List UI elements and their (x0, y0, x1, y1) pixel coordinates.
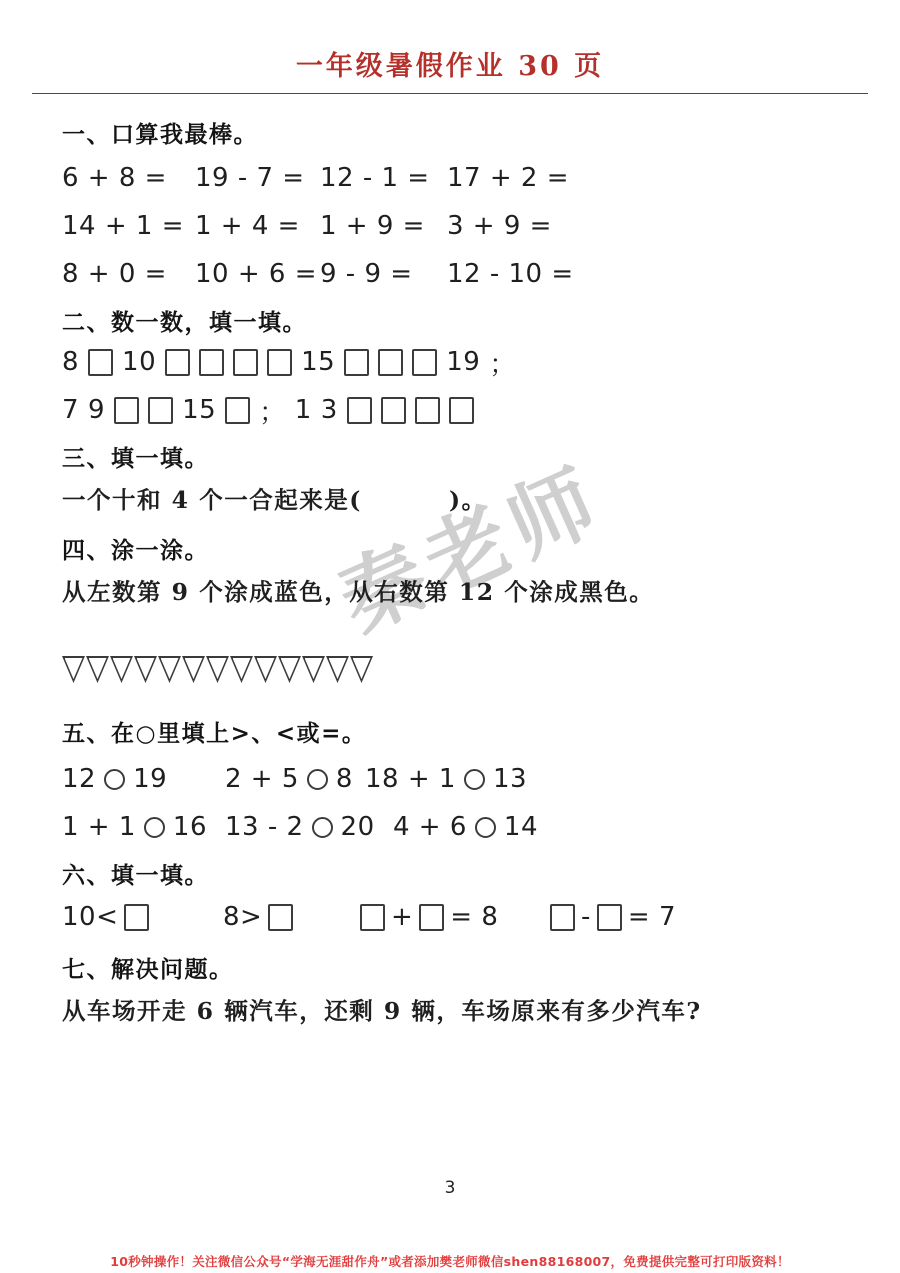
header-divider (32, 93, 868, 94)
oral-calc-grid: 6 + 8 = 19 - 7 = 12 - 1 = 17 + 2 = 14 + … (62, 154, 860, 298)
compare-expression: 1219 (62, 764, 225, 794)
oral-calc-problem: 6 + 8 = (62, 163, 195, 193)
section-4-heading: 四、涂一涂。 (62, 536, 860, 566)
token-text: - (581, 902, 591, 932)
answer-box (419, 904, 444, 931)
worksheet-page: 秦老师 一年级暑假作业 30 页 一、口算我最棒。 6 + 8 = 19 - 7… (0, 0, 900, 1273)
token-text: ； (489, 344, 516, 381)
token-text: 15 (182, 395, 216, 425)
triangle-shape (158, 656, 181, 683)
token-text: 20 (341, 812, 375, 842)
token-text: 8 (336, 764, 353, 794)
oral-calc-problem: 14 + 1 = (62, 211, 195, 241)
oral-calc-problem: 8 + 0 = (62, 259, 195, 289)
count-fill-line-2: 7915；13 (62, 386, 860, 434)
worksheet-content: 一、口算我最棒。 6 + 8 = 19 - 7 = 12 - 1 = 17 + … (0, 120, 900, 1033)
triangle-shape (350, 656, 373, 683)
fill-in-row: 10< 8> += 8 -= 7 (62, 893, 860, 941)
compare-expression: 18 + 113 (365, 764, 860, 794)
answer-box (378, 349, 403, 376)
token-text: ； (259, 392, 286, 429)
token-text: = 8 (450, 902, 498, 932)
number-sequence: 8101519； (62, 344, 516, 381)
triangle-shape (278, 656, 301, 683)
oral-calc-problem: 12 - 1 = (320, 163, 447, 193)
token-text: 18 + 1 (365, 764, 456, 794)
oral-calc-problem: 17 + 2 = (447, 163, 860, 193)
fill-in-expression: += 8 (360, 902, 550, 932)
compare-circle (312, 817, 333, 838)
triangle-shape (182, 656, 205, 683)
token-text: 8> (223, 902, 262, 932)
section-7-heading: 七、解决问题。 (62, 955, 860, 985)
fill-in-expression: 8> (223, 902, 360, 932)
count-fill-line-1: 8101519； (62, 338, 860, 386)
fill-in-expression: -= 7 (550, 902, 860, 932)
compare-circle (144, 817, 165, 838)
oral-calc-problem: 1 + 4 = (195, 211, 320, 241)
token-text: = 7 (628, 902, 676, 932)
token-text: 13 (493, 764, 527, 794)
triangle-shape (326, 656, 349, 683)
answer-box (233, 349, 258, 376)
token-text: 1 + 1 (62, 812, 136, 842)
token-text: 19 (446, 347, 480, 377)
answer-box (344, 349, 369, 376)
answer-box (449, 397, 474, 424)
token-text: 8 (62, 347, 79, 377)
section-6-heading: 六、填一填。 (62, 861, 860, 891)
token-text: 3 (321, 395, 338, 425)
fill-in-statement: 一个十和 4 个一合起来是( )。 (62, 481, 487, 515)
token-text: 19 (133, 764, 167, 794)
answer-box (199, 349, 224, 376)
word-problem-text: 从车场开走 6 辆汽车，还剩 9 辆，车场原来有多少汽车? (62, 992, 702, 1026)
oral-calc-problem: 1 + 9 = (320, 211, 447, 241)
answer-box (148, 397, 173, 424)
triangle-shape (206, 656, 229, 683)
page-title: 一年级暑假作业 30 页 (296, 44, 604, 83)
token-text: 7 (62, 395, 79, 425)
token-text: + (391, 902, 413, 932)
token-text: 10 (122, 347, 156, 377)
compare-circle (104, 769, 125, 790)
footer-notice: 10秒钟操作！关注微信公众号“学海无涯甜作舟”或者添加樊老师微信shen8816… (0, 1252, 900, 1270)
compare-expression: 4 + 614 (393, 812, 860, 842)
oral-calc-problem: 12 - 10 = (447, 259, 860, 289)
compare-row-2: 1 + 116 13 - 220 4 + 614 (62, 803, 860, 851)
answer-box (124, 904, 149, 931)
token-text: 10< (62, 902, 118, 932)
token-text: 15 (301, 347, 335, 377)
triangle-shape (62, 656, 85, 683)
answer-box (225, 397, 250, 424)
triangle-row (62, 656, 860, 683)
number-sequence: 7915；13 (62, 392, 474, 429)
triangle-shape (86, 656, 109, 683)
answer-box (165, 349, 190, 376)
compare-expression: 2 + 58 (225, 764, 365, 794)
section-5-heading: 五、在○里填上>、<或=。 (62, 719, 860, 749)
token-text: 14 (504, 812, 538, 842)
fill-in-expression: 10< (62, 902, 223, 932)
answer-box (597, 904, 622, 931)
token-text: 1 (295, 395, 312, 425)
oral-calc-problem: 19 - 7 = (195, 163, 320, 193)
compare-expression: 1 + 116 (62, 812, 225, 842)
triangle-shape (302, 656, 325, 683)
section-3-heading: 三、填一填。 (62, 444, 860, 474)
compare-circle (475, 817, 496, 838)
page-number: 3 (0, 1178, 900, 1198)
answer-box (381, 397, 406, 424)
compare-expression: 13 - 220 (225, 812, 393, 842)
section-1-heading: 一、口算我最棒。 (62, 120, 860, 150)
triangle-shape (110, 656, 133, 683)
token-text: 4 + 6 (393, 812, 467, 842)
oral-calc-problem: 3 + 9 = (447, 211, 860, 241)
oral-calc-problem: 10 + 6 = (195, 259, 320, 289)
compare-circle (464, 769, 485, 790)
triangle-shape (254, 656, 277, 683)
answer-box (412, 349, 437, 376)
answer-box (267, 349, 292, 376)
token-text: 13 - 2 (225, 812, 304, 842)
page-header: 一年级暑假作业 30 页 (0, 0, 900, 83)
token-text: 12 (62, 764, 96, 794)
token-text: 9 (88, 395, 105, 425)
compare-row-1: 1219 2 + 58 18 + 113 (62, 755, 860, 803)
answer-box (360, 904, 385, 931)
oral-calc-problem: 9 - 9 = (320, 259, 447, 289)
compare-circle (307, 769, 328, 790)
coloring-instruction: 从左数第 9 个涂成蓝色，从右数第 12 个涂成黑色。 (62, 573, 654, 607)
answer-box (268, 904, 293, 931)
section-2-heading: 二、数一数，填一填。 (62, 308, 860, 338)
answer-box (88, 349, 113, 376)
triangle-shape (134, 656, 157, 683)
token-text: 2 + 5 (225, 764, 299, 794)
answer-box (114, 397, 139, 424)
answer-box (347, 397, 372, 424)
answer-box (550, 904, 575, 931)
triangle-shape (230, 656, 253, 683)
answer-box (415, 397, 440, 424)
token-text: 16 (173, 812, 207, 842)
